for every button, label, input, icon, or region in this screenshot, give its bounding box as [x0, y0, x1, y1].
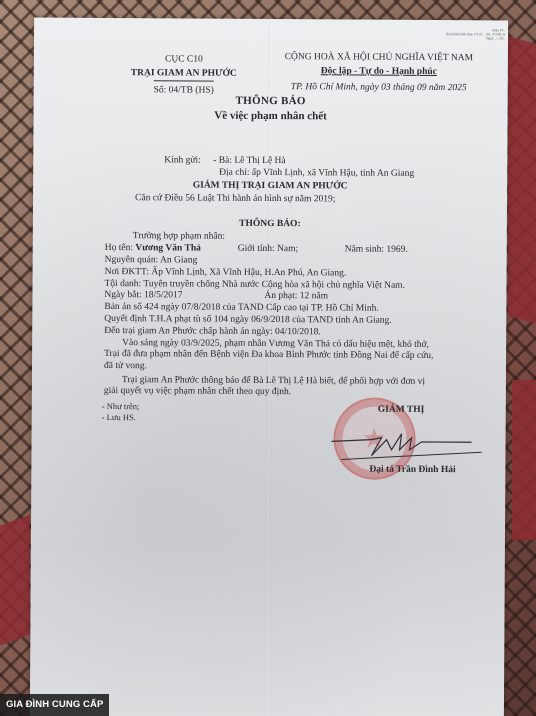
fabric-stripe: [508, 36, 536, 324]
issuer-heading: GIÁM THỊ TRẠI GIAM AN PHƯỚC: [33, 180, 507, 194]
recipient-name: - Bà: Lê Thị Lệ Hà: [213, 156, 285, 168]
fabric-stripe: [512, 380, 536, 540]
organization-name: TRẠI GIAM AN PHƯỚC: [104, 66, 264, 81]
signer-name: Đại tá Trần Đình Hải: [369, 465, 455, 477]
prisoner-name: Vương Văn Thả: [135, 243, 201, 253]
prisoner-hometown: Nguyên quán: An Giang: [105, 255, 198, 267]
prisoner-residence: Nơi ĐKTT: Ấp Vĩnh Lịnh, Xã Vĩnh Hậu, H.A…: [105, 267, 347, 280]
notice-document: Mẫu PT.. Ban hành kèm theo TT số .../20.…: [30, 18, 508, 716]
national-motto: Độc lập - Tự do - Hạnh phúc: [259, 64, 499, 79]
form-code: Mẫu PT.. Ban hành kèm theo TT số .../20.…: [446, 28, 505, 40]
signature-scribble: [311, 419, 511, 470]
prisoner-name-line: Họ tên: Vương Văn Thả: [105, 243, 201, 255]
recipient-label: Kính gửi:: [164, 155, 201, 167]
case-intro: Trường hợp phạm nhân:: [133, 231, 225, 243]
title-subject: Về việc phạm nhân chết: [34, 108, 508, 126]
photo-credit-caption: GIA ĐÌNH CUNG CẤP: [0, 694, 109, 716]
agency-name: CỤC C10: [104, 52, 264, 67]
prisoner-birth-year: Năm sinh: 1969.: [345, 244, 408, 256]
event-paragraph-line: đã tử vong.: [104, 361, 147, 373]
signature-title: GIÁM THỊ: [378, 405, 425, 417]
issuing-agency-header: CỤC C10 TRẠI GIAM AN PHƯỚC Số: 04/TB (HS…: [104, 52, 264, 98]
event-paragraph-line: Trại đã đưa phạm nhân đến Bệnh viện Đa k…: [104, 349, 433, 363]
fabric-stripe: [0, 515, 30, 646]
notice-heading: THÔNG BÁO:: [33, 218, 507, 232]
notice-paragraph-line: giải quyết vụ việc phạm nhân chết theo q…: [104, 386, 291, 399]
prisoner-gender: Giới tính: Nam;: [238, 244, 299, 256]
legal-basis: Căn cứ Điều 56 Luật Thi hành án hình sự …: [135, 193, 335, 206]
prison-arrival-date: Đến trại giam An Phước chấp hành án ngày…: [104, 326, 321, 339]
prisoner-arrest-date: Ngày bắt: 18/5/2017: [104, 290, 182, 302]
nation-name: CỘNG HOÀ XÃ HỘI CHỦ NGHĨA VIỆT NAM: [259, 50, 499, 65]
recipient-address: Địa chỉ: ấp Vĩnh Lịnh, xã Vĩnh Hậu, tỉnh…: [219, 168, 414, 181]
prisoner-sentence: Án phạt: 12 năm: [264, 291, 328, 303]
national-header: CỘNG HOÀ XÃ HỘI CHỦ NGHĨA VIỆT NAM Độc l…: [259, 50, 499, 95]
document-title: THÔNG BÁO Về việc phạm nhân chết: [34, 93, 508, 126]
place-date: TP. Hồ Chí Minh, ngày 03 tháng 09 năm 20…: [259, 80, 499, 95]
distribution-item: - Lưu HS.: [102, 412, 136, 424]
